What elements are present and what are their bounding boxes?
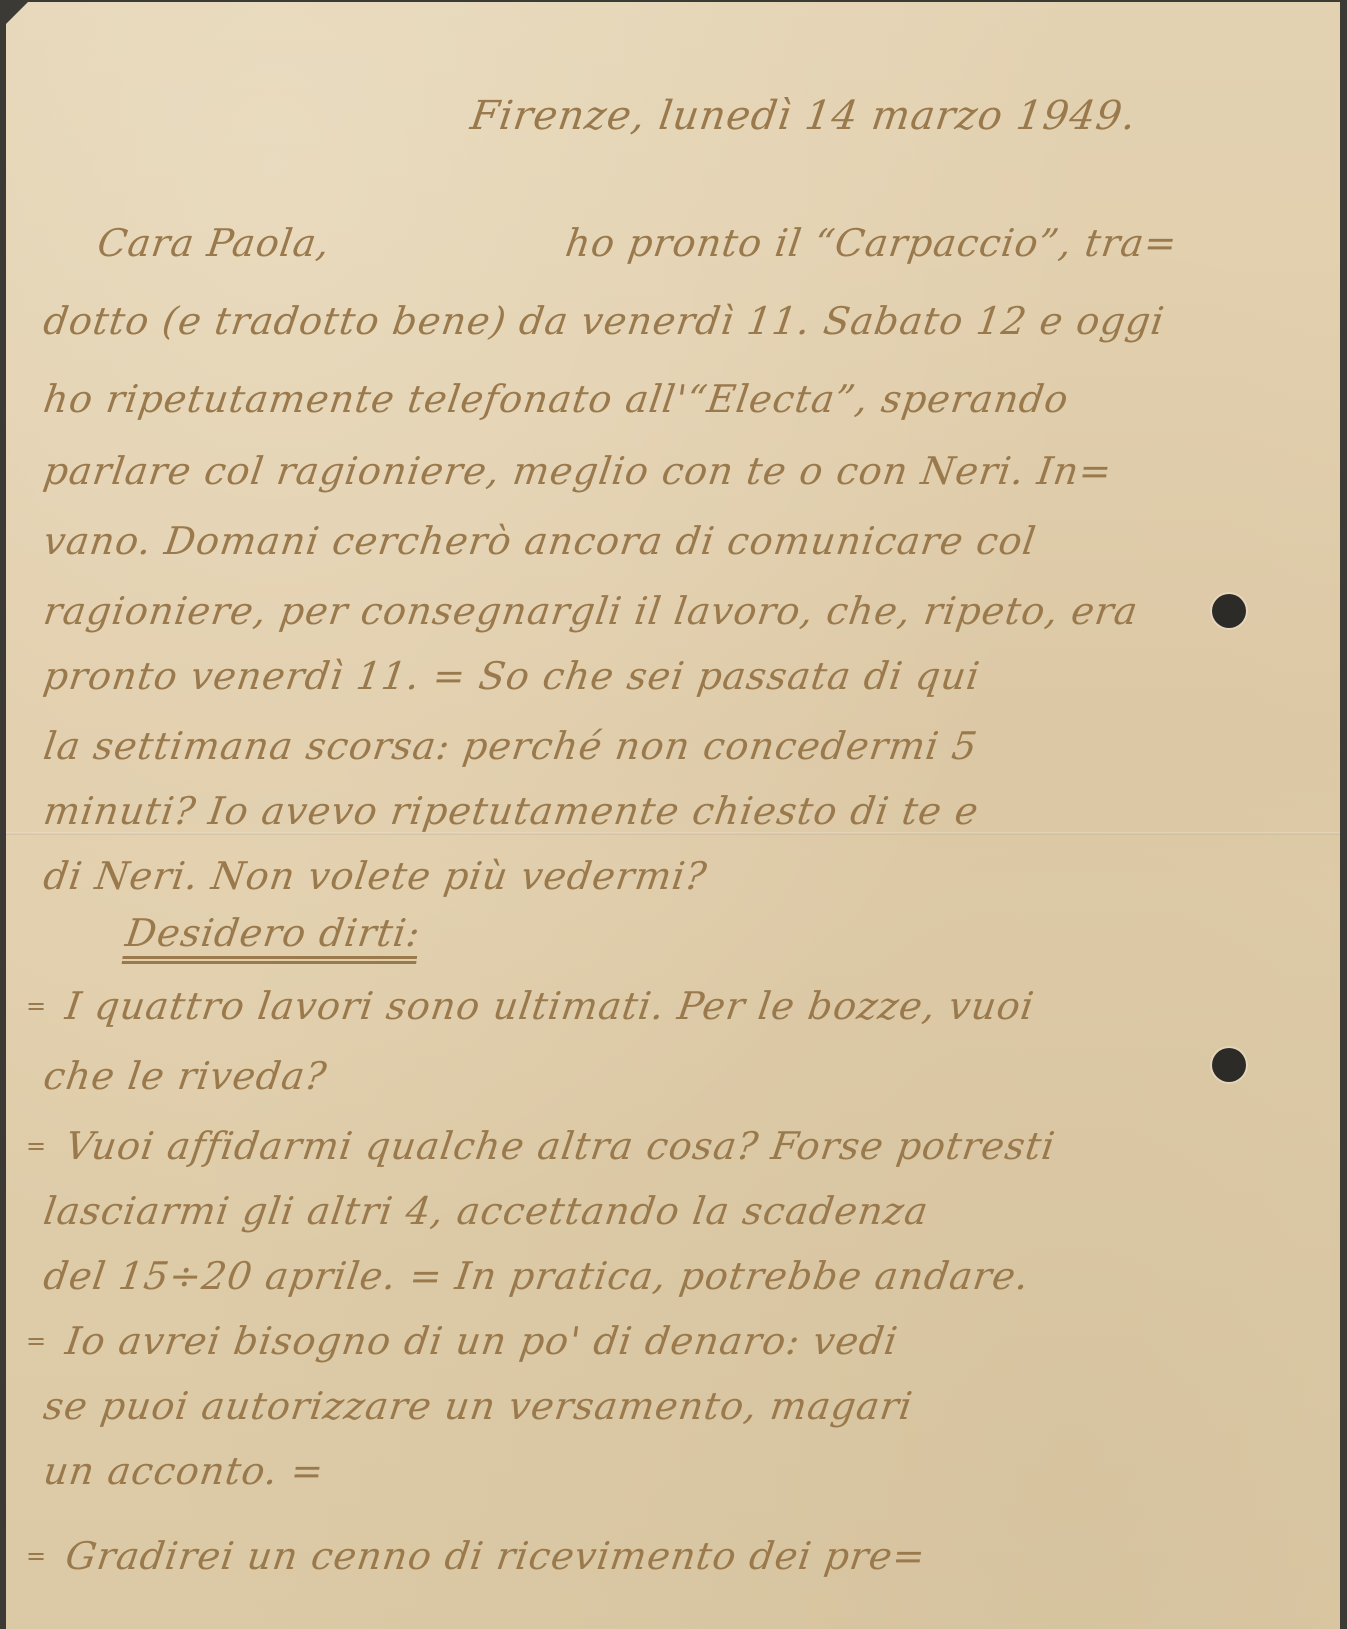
item-line: del 15÷20 aprile. = In pratica, potrebbe…	[41, 1257, 1031, 1295]
body-line: ho pronto il “Carpaccio”, tra=	[563, 224, 1180, 262]
item-line: che le riveda?	[41, 1057, 329, 1095]
item-line: lasciarmi gli altri 4, accettando la sca…	[41, 1192, 931, 1230]
letter-paper: Firenze, lunedì 14 marzo 1949. Cara Paol…	[6, 2, 1340, 1629]
section-heading: Desidero dirti:	[123, 914, 423, 952]
item-line: I quattro lavori sono ultimati. Per le b…	[63, 987, 1036, 1025]
date-line: Firenze, lunedì 14 marzo 1949.	[468, 96, 1139, 136]
item-line: Vuoi affidarmi qualche altra cosa? Forse…	[63, 1127, 1057, 1165]
body-line: minuti? Io avevo ripetutamente chiesto d…	[41, 792, 981, 830]
item-marker: =	[26, 992, 46, 1020]
salutation: Cara Paola,	[95, 224, 332, 262]
body-line: ho ripetutamente telefonato all'“Electa”…	[41, 380, 1071, 418]
body-line: pronto venerdì 11. = So che sei passata …	[41, 657, 982, 695]
body-line: ragioniere, per consegnargli il lavoro, …	[41, 592, 1140, 630]
body-line: parlare col ragioniere, meglio con te o …	[41, 452, 1114, 490]
body-line: vano. Domani cercherò ancora di comunica…	[41, 522, 1038, 560]
scan-background: Firenze, lunedì 14 marzo 1949. Cara Paol…	[0, 0, 1347, 1629]
punch-hole-upper	[1212, 594, 1246, 628]
body-line: la settimana scorsa: perché non conceder…	[41, 727, 980, 765]
item-line: se puoi autorizzare un versamento, magar…	[41, 1387, 915, 1425]
item-marker: =	[26, 1542, 46, 1570]
item-line: un acconto. =	[41, 1452, 326, 1490]
item-marker: =	[26, 1327, 46, 1355]
item-line: Gradirei un cenno di ricevimento dei pre…	[63, 1537, 928, 1575]
punch-hole-lower	[1212, 1048, 1246, 1082]
item-line: Io avrei bisogno di un po' di denaro: ve…	[63, 1322, 900, 1360]
body-line: dotto (e tradotto bene) da venerdì 11. S…	[41, 302, 1167, 340]
body-line: di Neri. Non volete più vedermi?	[41, 857, 709, 895]
item-marker: =	[26, 1132, 46, 1160]
